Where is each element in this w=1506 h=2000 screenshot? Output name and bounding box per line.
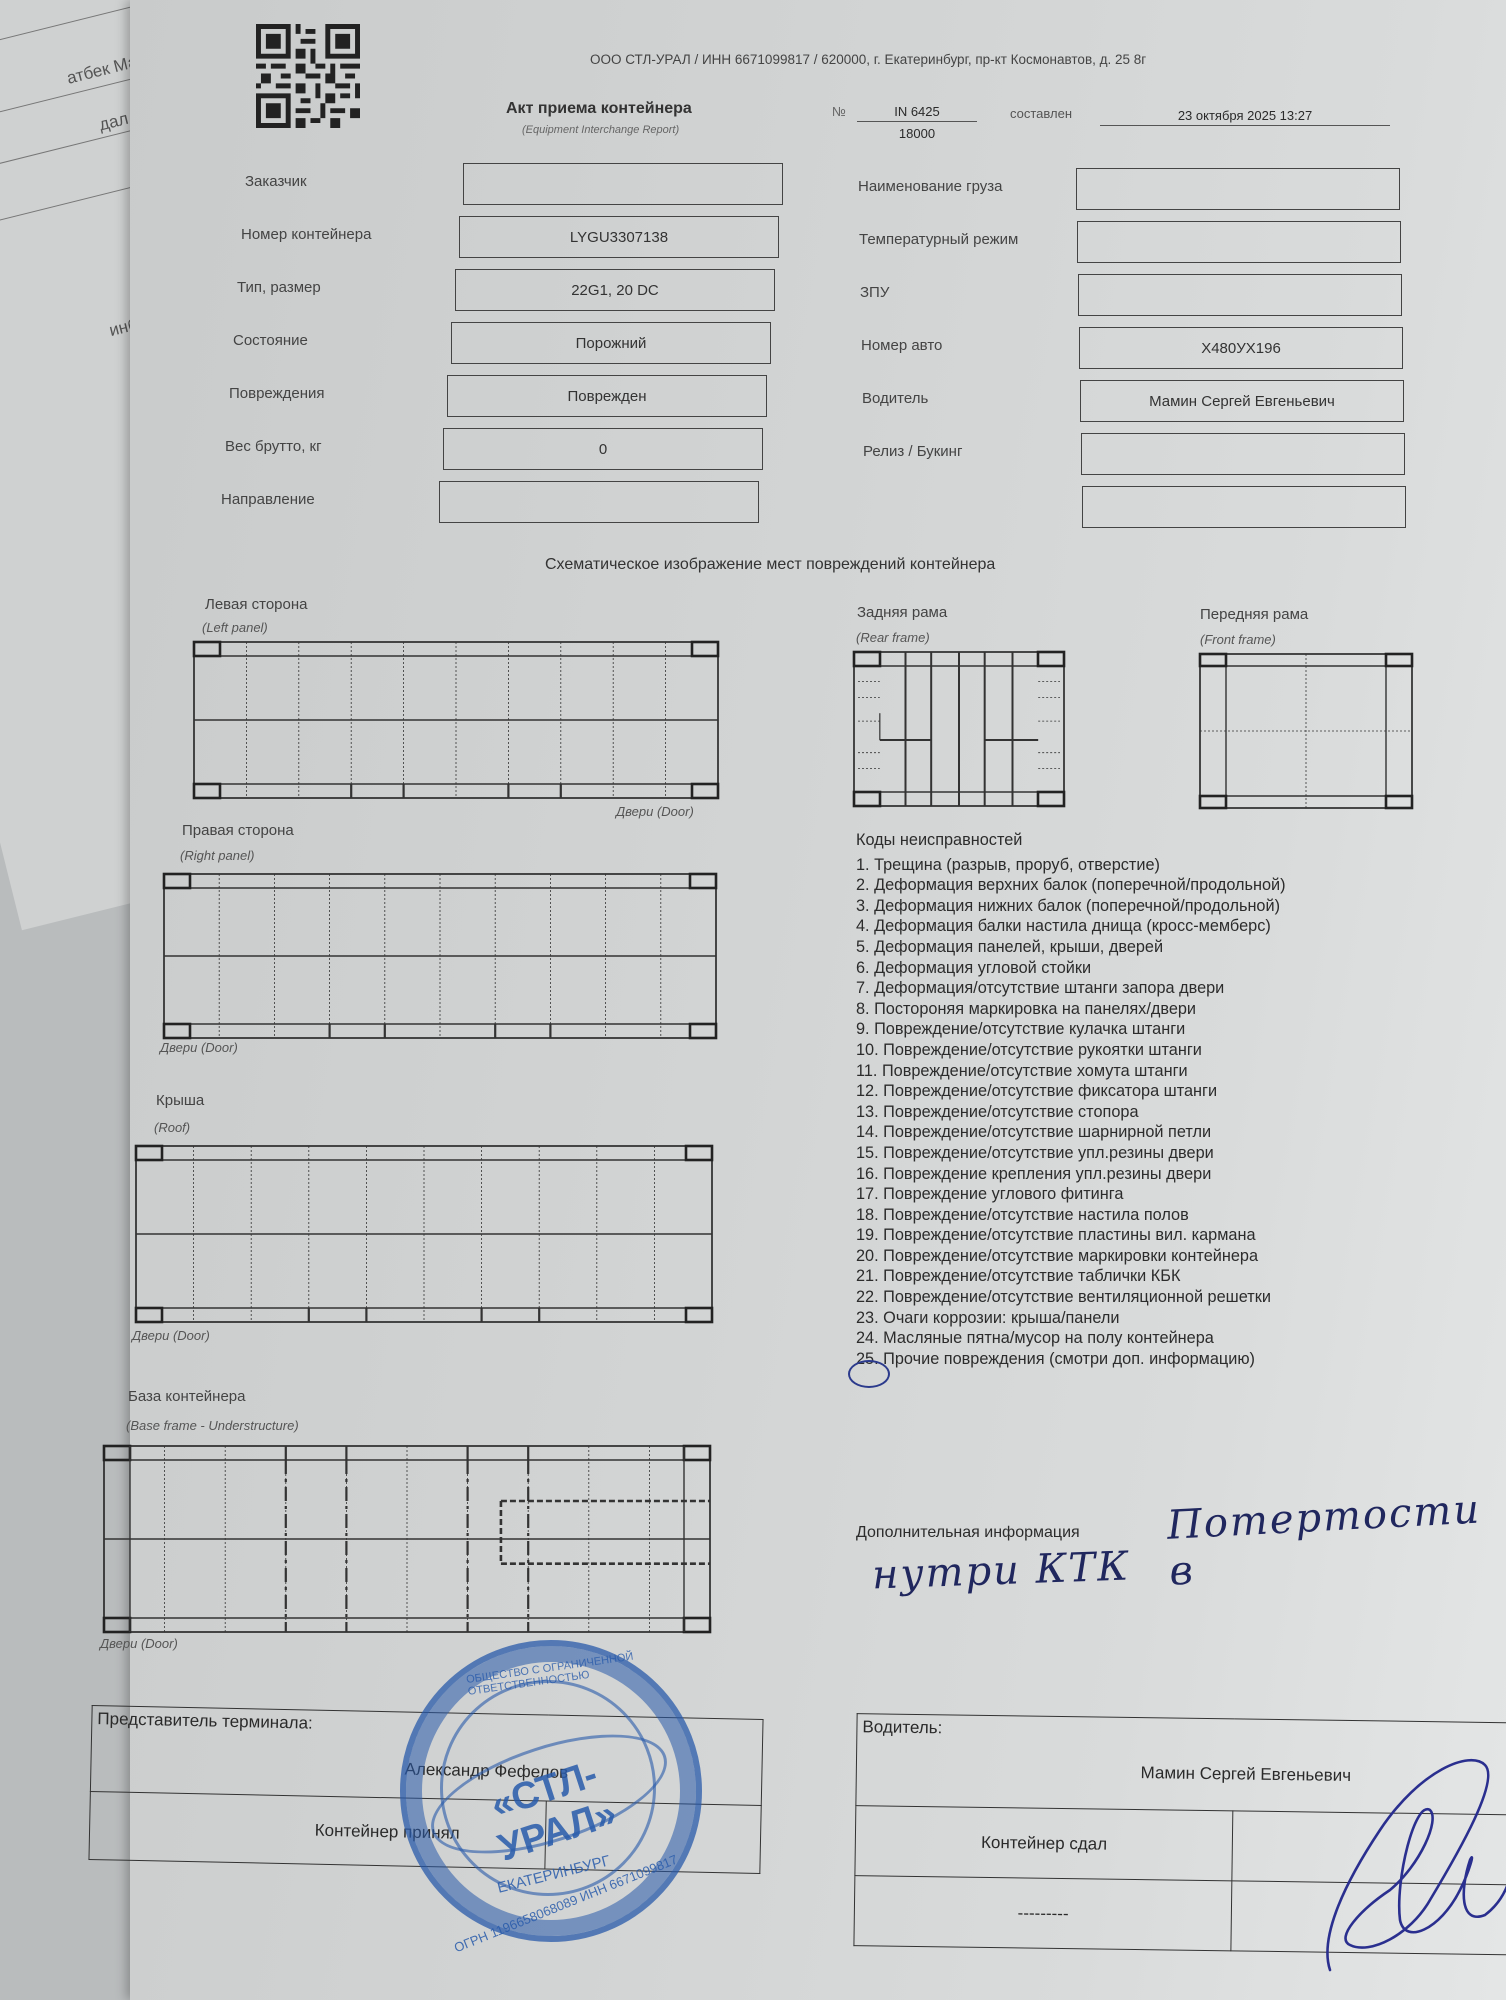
additional-info-label: Дополнительная информация	[856, 1524, 1080, 1542]
base-door-label: Двери (Door)	[100, 1636, 178, 1651]
interchange-report-sheet: ООО СТЛ-УРАЛ / ИНН 6671099817 / 620000, …	[130, 0, 1506, 2000]
driver-placeholder: ---------	[854, 1876, 1232, 1951]
fault-code-item: 10. Повреждение/отсутствие рукоятки штан…	[856, 1040, 1286, 1061]
additional-info-handwriting-line1: Потертости в	[1166, 1485, 1506, 1595]
fault-code-item: 22. Повреждение/отсутствие вентиляционно…	[856, 1287, 1286, 1308]
fault-code-item: 21. Повреждение/отсутствие таблички КБК	[856, 1266, 1286, 1287]
fault-codes-list: Коды неисправностей 1. Трещина (разрыв, …	[856, 830, 1286, 1369]
fault-code-item: 7. Деформация/отсутствие штанги запора д…	[856, 978, 1286, 999]
number-label: №	[832, 104, 846, 119]
document-title: Акт приема контейнера	[506, 100, 692, 118]
fields-right-input[interactable]	[1078, 274, 1402, 316]
handwritten-signature-icon	[1310, 1740, 1506, 1980]
report-number-secondary: 18000	[857, 126, 977, 141]
fault-code-item: 24. Масляные пятна/мусор на полу контейн…	[856, 1328, 1286, 1349]
right-panel-diagram[interactable]	[162, 872, 718, 1040]
fields-left-label: Номер контейнера	[241, 226, 371, 243]
fault-code-item: 4. Деформация балки настила днища (кросс…	[856, 916, 1286, 937]
fields-left-input[interactable]: Поврежден	[447, 375, 767, 417]
fields-left-label: Состояние	[233, 332, 308, 349]
fields-right-input[interactable]	[1081, 433, 1405, 475]
base-subtitle: (Base frame - Understructure)	[126, 1418, 299, 1433]
fault-code-item: 5. Деформация панелей, крыши, дверей	[856, 937, 1286, 958]
container-handed-over-label: Контейнер сдал	[855, 1806, 1233, 1881]
fault-code-item: 14. Повреждение/отсутствие шарнирной пет…	[856, 1122, 1286, 1143]
additional-info-handwriting-line2: нутри КТК	[871, 1544, 1131, 1599]
fields-left-input[interactable]	[463, 163, 783, 205]
fields-right-input[interactable]	[1082, 486, 1406, 528]
fault-code-item: 8. Постороняя маркировка на панелях/двер…	[856, 999, 1286, 1020]
fault-code-item: 12. Повреждение/отсутствие фиксатора шта…	[856, 1081, 1286, 1102]
fields-left-input[interactable]: 22G1, 20 DC	[455, 269, 775, 311]
fields-left-label: Тип, размер	[237, 279, 321, 296]
fault-code-item: 23. Очаги коррозии: крыша/панели	[856, 1308, 1286, 1329]
base-title: База контейнера	[128, 1388, 246, 1405]
fields-left-label: Повреждения	[229, 385, 325, 402]
fault-code-item: 1. Трещина (разрыв, проруб, отверстие)	[856, 855, 1286, 876]
roof-subtitle: (Roof)	[154, 1120, 190, 1135]
fields-left-input[interactable]: LYGU3307138	[459, 216, 779, 258]
roof-diagram[interactable]	[134, 1144, 714, 1324]
right-panel-subtitle: (Right panel)	[180, 848, 254, 863]
fault-code-item: 6. Деформация угловой стойки	[856, 958, 1286, 979]
fields-left-input[interactable]: 0	[443, 428, 763, 470]
front-frame-title: Передняя рама	[1200, 606, 1308, 623]
fields-left-label: Вес брутто, кг	[225, 438, 322, 455]
composed-date: 23 октября 2025 13:27	[1100, 108, 1390, 126]
fault-code-item: 9. Повреждение/отсутствие кулачка штанги	[856, 1019, 1286, 1040]
roof-door-label: Двери (Door)	[132, 1328, 210, 1343]
fault-code-item: 16. Повреждение крепления упл.резины две…	[856, 1164, 1286, 1185]
fault-code-item: 25. Прочие повреждения (смотри доп. инфо…	[856, 1349, 1286, 1370]
fields-right-label: Температурный режим	[859, 231, 1018, 248]
fields-right-input[interactable]: Х480УХ196	[1079, 327, 1403, 369]
report-number: IN 6425	[857, 104, 977, 122]
fault-code-item: 3. Деформация нижних балок (поперечной/п…	[856, 896, 1286, 917]
company-seal-stamp: ОБЩЕСТВО С ОГРАНИЧЕННОЙ ОТВЕТСТВЕННОСТЬЮ…	[400, 1640, 702, 1942]
fault-codes-title: Коды неисправностей	[856, 830, 1286, 851]
roof-title: Крыша	[156, 1092, 204, 1109]
right-panel-title: Правая сторона	[182, 822, 294, 839]
left-panel-title: Левая сторона	[205, 596, 307, 613]
fields-left-label: Заказчик	[245, 173, 307, 190]
fields-right-label: Наименование груза	[858, 178, 1003, 195]
schematic-section-title: Схематическое изображение мест поврежден…	[545, 556, 995, 574]
rear-frame-subtitle: (Rear frame)	[856, 630, 930, 645]
fields-right-label: Релиз / Букинг	[863, 443, 962, 460]
fields-left-input[interactable]	[439, 481, 759, 523]
front-frame-diagram[interactable]	[1198, 652, 1414, 810]
fault-code-item: 18. Повреждение/отсутствие настила полов	[856, 1205, 1286, 1226]
company-requisites: ООО СТЛ-УРАЛ / ИНН 6671099817 / 620000, …	[590, 52, 1146, 67]
base-diagram[interactable]	[102, 1444, 712, 1634]
selected-code-circle-mark	[848, 1360, 890, 1388]
fault-code-item: 20. Повреждение/отсутствие маркировки ко…	[856, 1246, 1286, 1267]
document-subtitle: (Equipment Interchange Report)	[522, 124, 679, 136]
composed-label: составлен	[1010, 106, 1072, 121]
fields-right-input[interactable]: Мамин Сергей Евгеньевич	[1080, 380, 1404, 422]
left-panel-door-label: Двери (Door)	[616, 804, 694, 819]
qr-code-icon	[253, 24, 363, 128]
fields-right-input[interactable]	[1076, 168, 1400, 210]
rear-frame-title: Задняя рама	[857, 604, 947, 621]
left-panel-diagram[interactable]	[192, 640, 720, 800]
left-panel-subtitle: (Left panel)	[202, 620, 268, 635]
fault-code-item: 11. Повреждение/отсутствие хомута штанги	[856, 1061, 1286, 1082]
fields-left-label: Направление	[221, 491, 315, 508]
fault-code-item: 15. Повреждение/отсутствие упл.резины дв…	[856, 1143, 1286, 1164]
fields-right-label: Водитель	[862, 390, 928, 407]
fields-right-input[interactable]	[1077, 221, 1401, 263]
front-frame-subtitle: (Front frame)	[1200, 632, 1276, 647]
fault-code-item: 17. Повреждение углового фитинга	[856, 1184, 1286, 1205]
fields-right-label: ЗПУ	[860, 284, 889, 301]
fields-left-input[interactable]: Порожний	[451, 322, 771, 364]
rear-frame-diagram[interactable]	[852, 650, 1066, 808]
fault-code-item: 19. Повреждение/отсутствие пластины вил.…	[856, 1225, 1286, 1246]
fault-code-item: 2. Деформация верхних балок (поперечной/…	[856, 875, 1286, 896]
fault-code-item: 13. Повреждение/отсутствие стопора	[856, 1102, 1286, 1123]
right-panel-door-label: Двери (Door)	[160, 1040, 238, 1055]
fields-right-label: Номер авто	[861, 337, 942, 354]
